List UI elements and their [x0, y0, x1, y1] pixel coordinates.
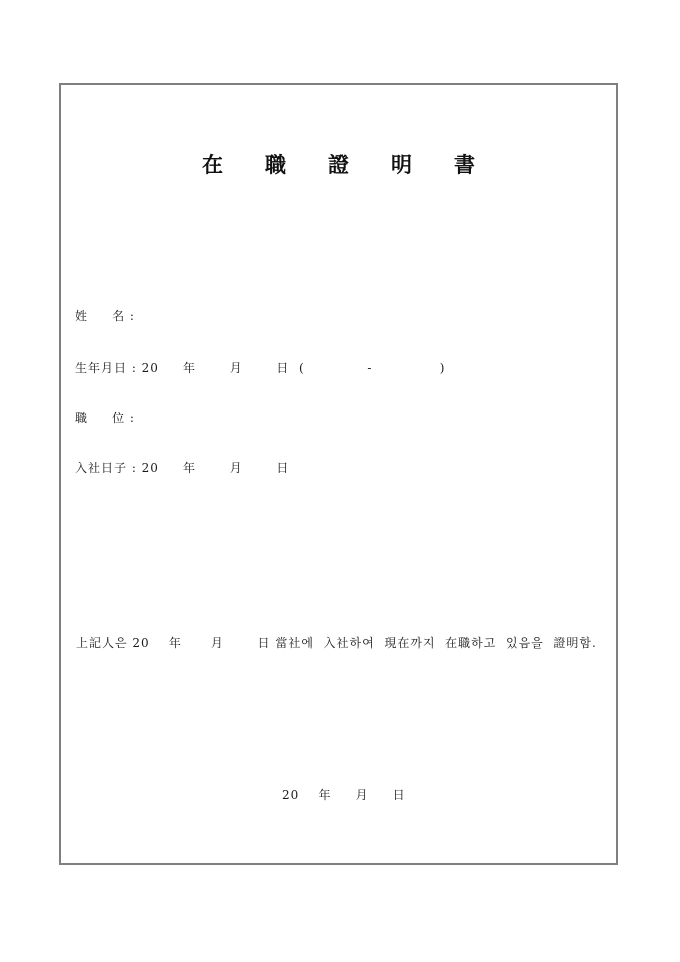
position-field-line: 職 位 :: [75, 411, 135, 425]
certificate-page: 在職證明書 姓 名 : 生年月日 : 20 年 月 日 ( - ) 職 位 : …: [0, 0, 680, 962]
issue-date-line: 20 年 月 日: [282, 788, 406, 802]
birthdate-field-line: 生年月日 : 20 年 月 日 ( - ): [75, 361, 445, 375]
certificate-title: 在職證明書: [61, 149, 616, 179]
certification-statement-line: 上記人은 20 年 月 日 當社에 入社하여 現在까지 在職하고 있음을 證明함…: [76, 636, 597, 650]
page-border: 在職證明書 姓 名 : 生年月日 : 20 年 月 日 ( - ) 職 位 : …: [59, 83, 618, 865]
name-field-line: 姓 名 :: [75, 309, 135, 323]
join-date-field-line: 入社日子 : 20 年 月 日: [75, 461, 289, 475]
